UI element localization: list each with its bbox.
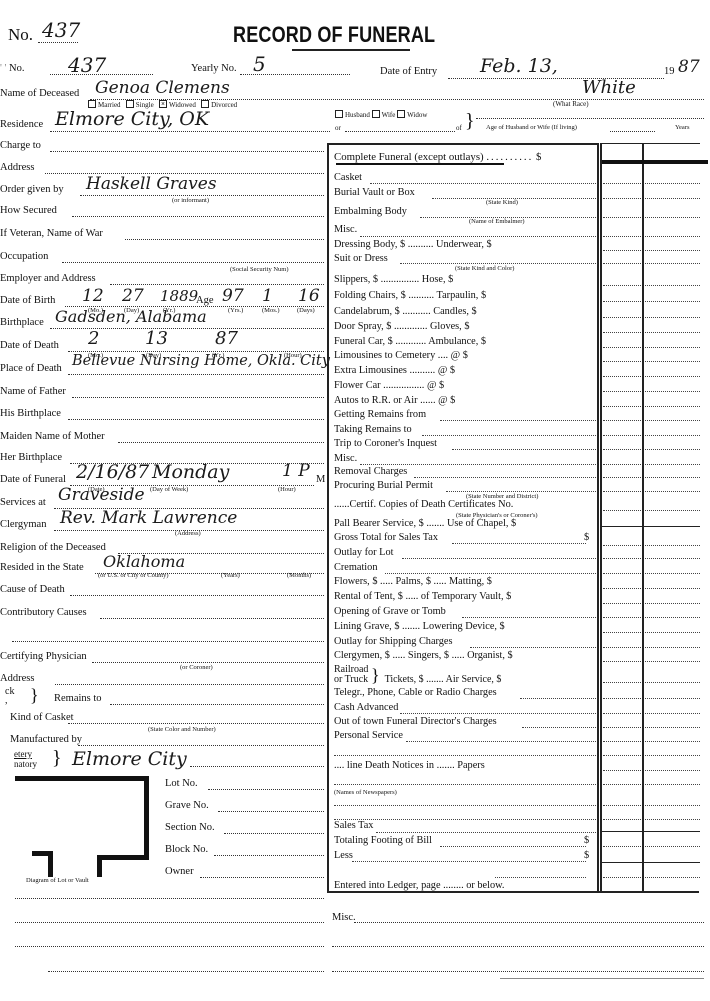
field-services-at-value: Graveside xyxy=(58,485,145,505)
charge-row-dressing[interactable]: Dressing Body, $ .......... Underwear, $ xyxy=(334,239,596,250)
bottom-left-line-1[interactable] xyxy=(15,898,324,899)
funeral-day-of-week: Monday xyxy=(152,461,229,483)
brace-icon: } xyxy=(52,748,62,768)
funeral-sub-dow: (Day of Week) xyxy=(150,486,188,493)
funeral-sub-hour: (Hour) xyxy=(278,486,296,493)
charge-row-tent[interactable]: Rental of Tent, $ ..... of Temporary Vau… xyxy=(334,591,596,602)
charge-row-pall-bearer[interactable]: Pall Bearer Service, $ ....... Use of Ch… xyxy=(334,518,596,529)
checkbox-wife[interactable] xyxy=(372,110,380,118)
field-clergyman-value: Rev. Mark Lawrence xyxy=(60,508,237,528)
complete-funeral-underline xyxy=(336,163,504,165)
field-his-birthplace-label: His Birthplace xyxy=(0,408,61,419)
charge-row-flower-car[interactable]: Flower Car ................ @ $ xyxy=(334,380,596,391)
state-kind-sublabel: (State Kind) xyxy=(486,199,518,206)
field-physician-address-label: Address xyxy=(0,673,34,684)
resided-sub-place: (or U.S. or City or County) xyxy=(98,572,169,579)
diagram-label: Diagram of Lot or Vault xyxy=(26,877,89,884)
charge-row-casket[interactable]: Casket xyxy=(334,172,596,183)
charge-row-taking-remains[interactable]: Taking Remains to xyxy=(334,424,596,435)
casket-sublabel: (State Color and Number) xyxy=(148,726,216,733)
record-number-label: No. xyxy=(8,25,33,45)
charge-row-blank-1[interactable] xyxy=(334,755,596,756)
charge-row-candelabrum[interactable]: Candelabrum, $ ........... Candles, $ xyxy=(334,306,596,317)
field-remains-to-label: Remains to xyxy=(54,693,102,704)
grave-no-field[interactable] xyxy=(218,811,324,812)
charge-row-telegr[interactable]: Telegr., Phone, Cable or Radio Charges xyxy=(334,687,596,698)
field-manufactured-by[interactable] xyxy=(78,745,324,746)
field-veteran-label: If Veteran, Name of War xyxy=(0,228,103,239)
sub-mos: (Mos.) xyxy=(262,307,280,314)
field-cause-of-death[interactable] xyxy=(70,595,324,596)
field-birthplace-label: Birthplace xyxy=(0,317,44,328)
charge-row-opening-grave[interactable]: Opening of Grave or Tomb xyxy=(334,606,596,617)
field-father-label: Name of Father xyxy=(0,386,66,397)
charge-row-door-spray[interactable]: Door Spray, $ ............. Gloves, $ xyxy=(334,321,596,332)
field-charge-to[interactable] xyxy=(50,151,324,152)
kind-color-sublabel: (State Kind and Color) xyxy=(455,265,514,272)
field-employer[interactable] xyxy=(110,284,324,285)
misc-line-2[interactable] xyxy=(332,946,704,947)
field-clergyman-label: Clergyman xyxy=(0,519,46,530)
field-religion-label: Religion of the Deceased xyxy=(0,542,106,553)
field-place-of-death-label: Place of Death xyxy=(0,363,62,374)
charge-row-cremation[interactable]: Cremation xyxy=(334,562,596,573)
funeral-hour: 1 P xyxy=(282,461,310,481)
coroner-sublabel: (or Coroner) xyxy=(180,664,213,671)
yearly-label: Yearly No. xyxy=(191,63,237,74)
resided-sub-months: (Months) xyxy=(287,572,311,579)
residence-label: Residence xyxy=(0,119,43,130)
field-mother[interactable] xyxy=(118,442,324,443)
spouse-age-unit: Years xyxy=(675,124,690,131)
field-kind-of-casket-label: Kind of Casket xyxy=(10,712,74,723)
age-label: Age xyxy=(196,295,214,306)
charge-row-shipping[interactable]: Outlay for Shipping Charges xyxy=(334,636,596,647)
death-day: 13 xyxy=(145,328,168,349)
field-place-of-death-value: Bellevue Nursing Home, Okla. City xyxy=(72,353,330,369)
death-month: 2 xyxy=(88,328,99,349)
field-services-at-label: Services at xyxy=(0,497,46,508)
age-days: 16 xyxy=(298,286,320,306)
field-kind-of-casket[interactable] xyxy=(68,723,324,724)
charge-row-totaling[interactable]: Totaling Footing of Bill$ xyxy=(334,835,596,846)
total-thick-line xyxy=(602,160,708,164)
entry-year-value: 87 xyxy=(678,57,700,77)
field-order-given-by-label: Order given by xyxy=(0,184,64,195)
section-no-field[interactable] xyxy=(224,833,324,834)
field-father[interactable] xyxy=(72,397,324,398)
charge-row-death-notices[interactable]: .... line Death Notices in ....... Paper… xyxy=(334,760,596,771)
charge-row-outlay-for-lot[interactable]: Outlay for Lot xyxy=(334,547,596,558)
lot-no-field[interactable] xyxy=(208,789,324,790)
field-contributory-label: Contributory Causes xyxy=(0,607,87,618)
date-of-entry-value: Feb. 13, xyxy=(480,55,558,77)
field-how-secured[interactable] xyxy=(72,216,324,217)
race-value: White xyxy=(582,77,636,98)
charge-row-extra-limousines[interactable]: Extra Limousines .......... @ $ xyxy=(334,365,596,376)
charge-row-clergymen[interactable]: Clergymen, $ ..... Singers, $ ..... Orga… xyxy=(334,650,596,661)
checkbox-husband[interactable] xyxy=(335,110,343,118)
charge-row-gross-total[interactable]: Gross Total for Sales Tax$ xyxy=(334,532,596,543)
field-occupation-label: Occupation xyxy=(0,251,48,262)
birth-year: 1889 xyxy=(160,287,198,305)
misc-line-1[interactable] xyxy=(354,922,704,923)
truck-ship-label: ck, xyxy=(5,687,14,705)
informant-sublabel: (or informant) xyxy=(172,197,209,204)
section-no-label: Section No. xyxy=(165,822,215,833)
charge-row-railroad[interactable]: Railroador Truck } Tickets, $ ....... Ai… xyxy=(334,665,596,685)
charge-row-lining-grave[interactable]: Lining Grave, $ ....... Lowering Device,… xyxy=(334,621,596,632)
charge-row-flowers[interactable]: Flowers, $ ..... Palms, $ ..... Matting,… xyxy=(334,576,596,587)
charge-row-misc-1[interactable]: Misc. xyxy=(334,224,596,235)
brace-icon: } xyxy=(30,686,39,704)
charge-row-autos[interactable]: Autos to R.R. or Air ...... @ $ xyxy=(334,395,596,406)
field-resided-value: Oklahoma xyxy=(103,552,185,571)
field-physician-address[interactable] xyxy=(55,684,324,685)
field-resided-label: Resided in the State xyxy=(0,562,84,573)
field-cause-of-death-label: Cause of Death xyxy=(0,584,65,595)
charge-row-personal-service[interactable]: Personal Service xyxy=(334,730,596,741)
resided-sub-years: (Years) xyxy=(221,572,240,579)
birth-month: 12 xyxy=(82,286,104,306)
charge-row-ledger[interactable]: Entered into Ledger, page ........ or be… xyxy=(334,880,596,891)
charge-row-newspapers[interactable] xyxy=(334,784,596,785)
field-occupation[interactable] xyxy=(62,262,324,263)
charge-row-removal[interactable]: Removal Charges xyxy=(334,466,596,477)
field-remains-to[interactable] xyxy=(110,704,324,705)
age-years: 97 xyxy=(222,286,244,306)
charge-row-cash-advanced[interactable]: Cash Advanced xyxy=(334,702,596,713)
spouse-or: or xyxy=(335,124,341,132)
charge-row-embalming[interactable]: Embalming Body xyxy=(334,206,596,217)
field-his-birthplace[interactable] xyxy=(68,419,324,420)
charge-row-burial-vault[interactable]: Burial Vault or Box xyxy=(334,187,596,198)
charge-row-misc-2[interactable]: Misc. xyxy=(334,453,596,464)
field-date-of-birth-label: Date of Birth xyxy=(0,295,55,306)
death-year: 87 xyxy=(215,328,238,349)
owner-label: Owner xyxy=(165,866,194,877)
field-place-of-death[interactable] xyxy=(68,374,324,375)
field-birthplace-value: Gadsden, Alabama xyxy=(55,307,207,326)
field-mother-label: Maiden Name of Mother xyxy=(0,431,105,442)
field-how-secured-label: How Secured xyxy=(0,205,57,216)
spouse-options: Husband Wife Widow xyxy=(335,111,427,119)
page-title: RECORD OF FUNERAL xyxy=(233,22,435,48)
field-physician[interactable] xyxy=(92,662,324,663)
residence-value: Elmore City, OK xyxy=(55,108,209,130)
checkbox-widow[interactable] xyxy=(397,110,405,118)
spouse-age-label: Age of Husband or Wife (If living) xyxy=(486,124,577,131)
bottom-left-line-3[interactable] xyxy=(15,946,324,947)
record-number-value: 437 xyxy=(42,18,80,42)
charge-row-sales-tax[interactable]: Sales Tax xyxy=(334,820,596,831)
field-order-given-by[interactable] xyxy=(80,195,324,196)
newspapers-sublabel: (Names of Newspapers) xyxy=(334,789,397,796)
field-her-birthplace-label: Her Birthplace xyxy=(0,452,62,463)
field-cemetery-value: Elmore City xyxy=(72,748,187,770)
yearly-value: 5 xyxy=(253,52,266,76)
funeral-date: 2/16/87 xyxy=(76,461,149,483)
bottom-left-line-2[interactable] xyxy=(15,922,324,923)
charge-row-folding-chairs[interactable]: Folding Chairs, $ .......... Tarpaulin, … xyxy=(334,290,596,301)
funeral-hour-suffix: M xyxy=(316,474,325,485)
charge-row-less[interactable]: Less$ xyxy=(334,850,596,861)
charge-row-coroner[interactable]: Trip to Coroner's Inquest xyxy=(334,438,596,449)
spouse-of: of xyxy=(456,124,462,132)
field-contributory-extra[interactable] xyxy=(12,641,324,642)
charge-row-funeral-car[interactable]: Funeral Car, $ ............ Ambulance, $ xyxy=(334,336,596,347)
field-charge-to-label: Charge to xyxy=(0,140,41,151)
field-order-given-by-value: Haskell Graves xyxy=(86,174,217,194)
entry-year-prefix: 19 xyxy=(664,66,675,77)
field-employer-label: Employer and Address xyxy=(0,273,96,284)
race-sublabel: (What Race) xyxy=(553,100,589,108)
charge-row-burial-permit[interactable]: Procuring Burial Permit xyxy=(334,480,596,491)
age-months: 1 xyxy=(262,286,273,306)
name-of-deceased-label: Name of Deceased xyxy=(0,88,79,99)
field-date-of-funeral-label: Date of Funeral xyxy=(0,474,66,485)
serial-label: ' ' No. xyxy=(0,63,25,74)
lot-no-label: Lot No. xyxy=(165,778,198,789)
charge-row-blank-2[interactable] xyxy=(334,805,596,806)
charge-row-complete-funeral[interactable]: Complete Funeral (except outlays) ......… xyxy=(334,151,596,163)
ssn-sublabel: (Social Security Num) xyxy=(230,266,289,273)
field-address-label: Address xyxy=(0,162,34,173)
field-contributory[interactable] xyxy=(100,618,324,619)
charge-row-limousines[interactable]: Limousines to Cemetery .... @ $ xyxy=(334,350,596,361)
misc-label: Misc. xyxy=(332,912,356,923)
charge-row-death-certificates[interactable]: ......Certif. Copies of Death Certificat… xyxy=(334,499,596,510)
birth-day: 27 xyxy=(122,286,144,306)
field-veteran[interactable] xyxy=(125,239,324,240)
date-of-entry-label: Date of Entry xyxy=(380,66,437,77)
name-of-deceased-value: Genoa Clemens xyxy=(95,78,230,98)
field-cemetery[interactable] xyxy=(190,766,324,767)
address-sublabel: (Address) xyxy=(175,530,201,537)
field-cemetery-label: eterynatory xyxy=(14,749,37,769)
sub-yrs: (Yrs.) xyxy=(228,307,243,314)
block-no-field[interactable] xyxy=(214,855,324,856)
sub-days: (Days) xyxy=(297,307,315,314)
charge-row-slippers[interactable]: Slippers, $ ............... Hose, $ xyxy=(334,274,596,285)
block-no-label: Block No. xyxy=(165,844,208,855)
field-manufactured-by-label: Manufactured by xyxy=(10,734,82,745)
grave-no-label: Grave No. xyxy=(165,800,209,811)
field-date-of-death-label: Date of Death xyxy=(0,340,59,351)
charge-row-out-of-town[interactable]: Out of town Funeral Director's Charges xyxy=(334,716,596,727)
misc-line-3[interactable] xyxy=(332,971,704,972)
charge-row-getting-remains[interactable]: Getting Remains from xyxy=(334,409,596,420)
owner-field[interactable] xyxy=(200,877,324,878)
field-physician-label: Certifying Physician xyxy=(0,651,87,662)
bottom-left-line-4[interactable] xyxy=(48,971,324,972)
title-underline xyxy=(292,49,410,51)
